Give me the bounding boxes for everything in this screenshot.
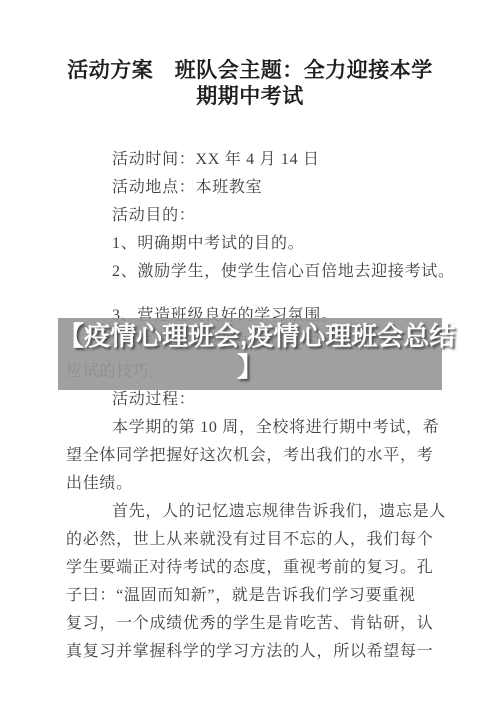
document-body: 活动时间：XX 年 4 月 14 日 活动地点：本班教室 活动目的： 1、明确期… — [66, 146, 438, 666]
title-line-1: 活动方案 班队会主题：全力迎接本学 — [0, 58, 500, 84]
document-title: 活动方案 班队会主题：全力迎接本学 期期中考试 — [0, 58, 500, 110]
watermark-banner: 【疫情心理班会,疫情心理班会总结 】 — [58, 318, 442, 390]
doc-line-para1-2: 望全体同学把握好这次机会，考出我们的水平，考 — [66, 442, 438, 470]
doc-line-para2-5: 复习，一个成绩优秀的学生是肯吃苦、肯钻研，认 — [66, 610, 438, 638]
doc-line-activity-process: 活动过程： — [66, 386, 438, 414]
doc-line-para2-4: 子曰：“温固而知新”，就是告诉我们学习要重视 — [66, 582, 438, 610]
document-page: 活动方案 班队会主题：全力迎接本学 期期中考试 活动时间：XX 年 4 月 14… — [0, 0, 500, 706]
doc-line-para1-1: 本学期的第 10 周，全校将进行期中考试，希 — [66, 414, 438, 442]
doc-line-para2-6: 真复习并掌握科学的学习方法的人，所以希望每一 — [66, 638, 438, 666]
doc-line-purpose-1: 1、明确期中考试的目的。 — [66, 230, 438, 258]
doc-line-para2-3: 学生要端正对待考试的态度，重视考前的复习。孔 — [66, 554, 438, 582]
doc-line-para2-1: 首先，人的记忆遗忘规律告诉我们，遗忘是人 — [66, 498, 438, 526]
doc-line-para2-2: 的必然，世上从来就没有过目不忘的人，我们每个 — [66, 526, 438, 554]
doc-line-activity-purpose: 活动目的： — [66, 202, 438, 230]
title-line-2: 期期中考试 — [0, 84, 500, 110]
doc-line-purpose-2: 2、激励学生，使学生信心百倍地去迎接考试。 — [66, 258, 438, 286]
doc-line-activity-place: 活动地点：本班教室 — [66, 174, 438, 202]
watermark-line-1: 【疫情心理班会,疫情心理班会总结 — [58, 321, 442, 352]
watermark-line-2: 】 — [58, 352, 442, 383]
doc-line-para1-3: 出佳绩。 — [66, 470, 438, 498]
doc-line-activity-time: 活动时间：XX 年 4 月 14 日 — [66, 146, 438, 174]
